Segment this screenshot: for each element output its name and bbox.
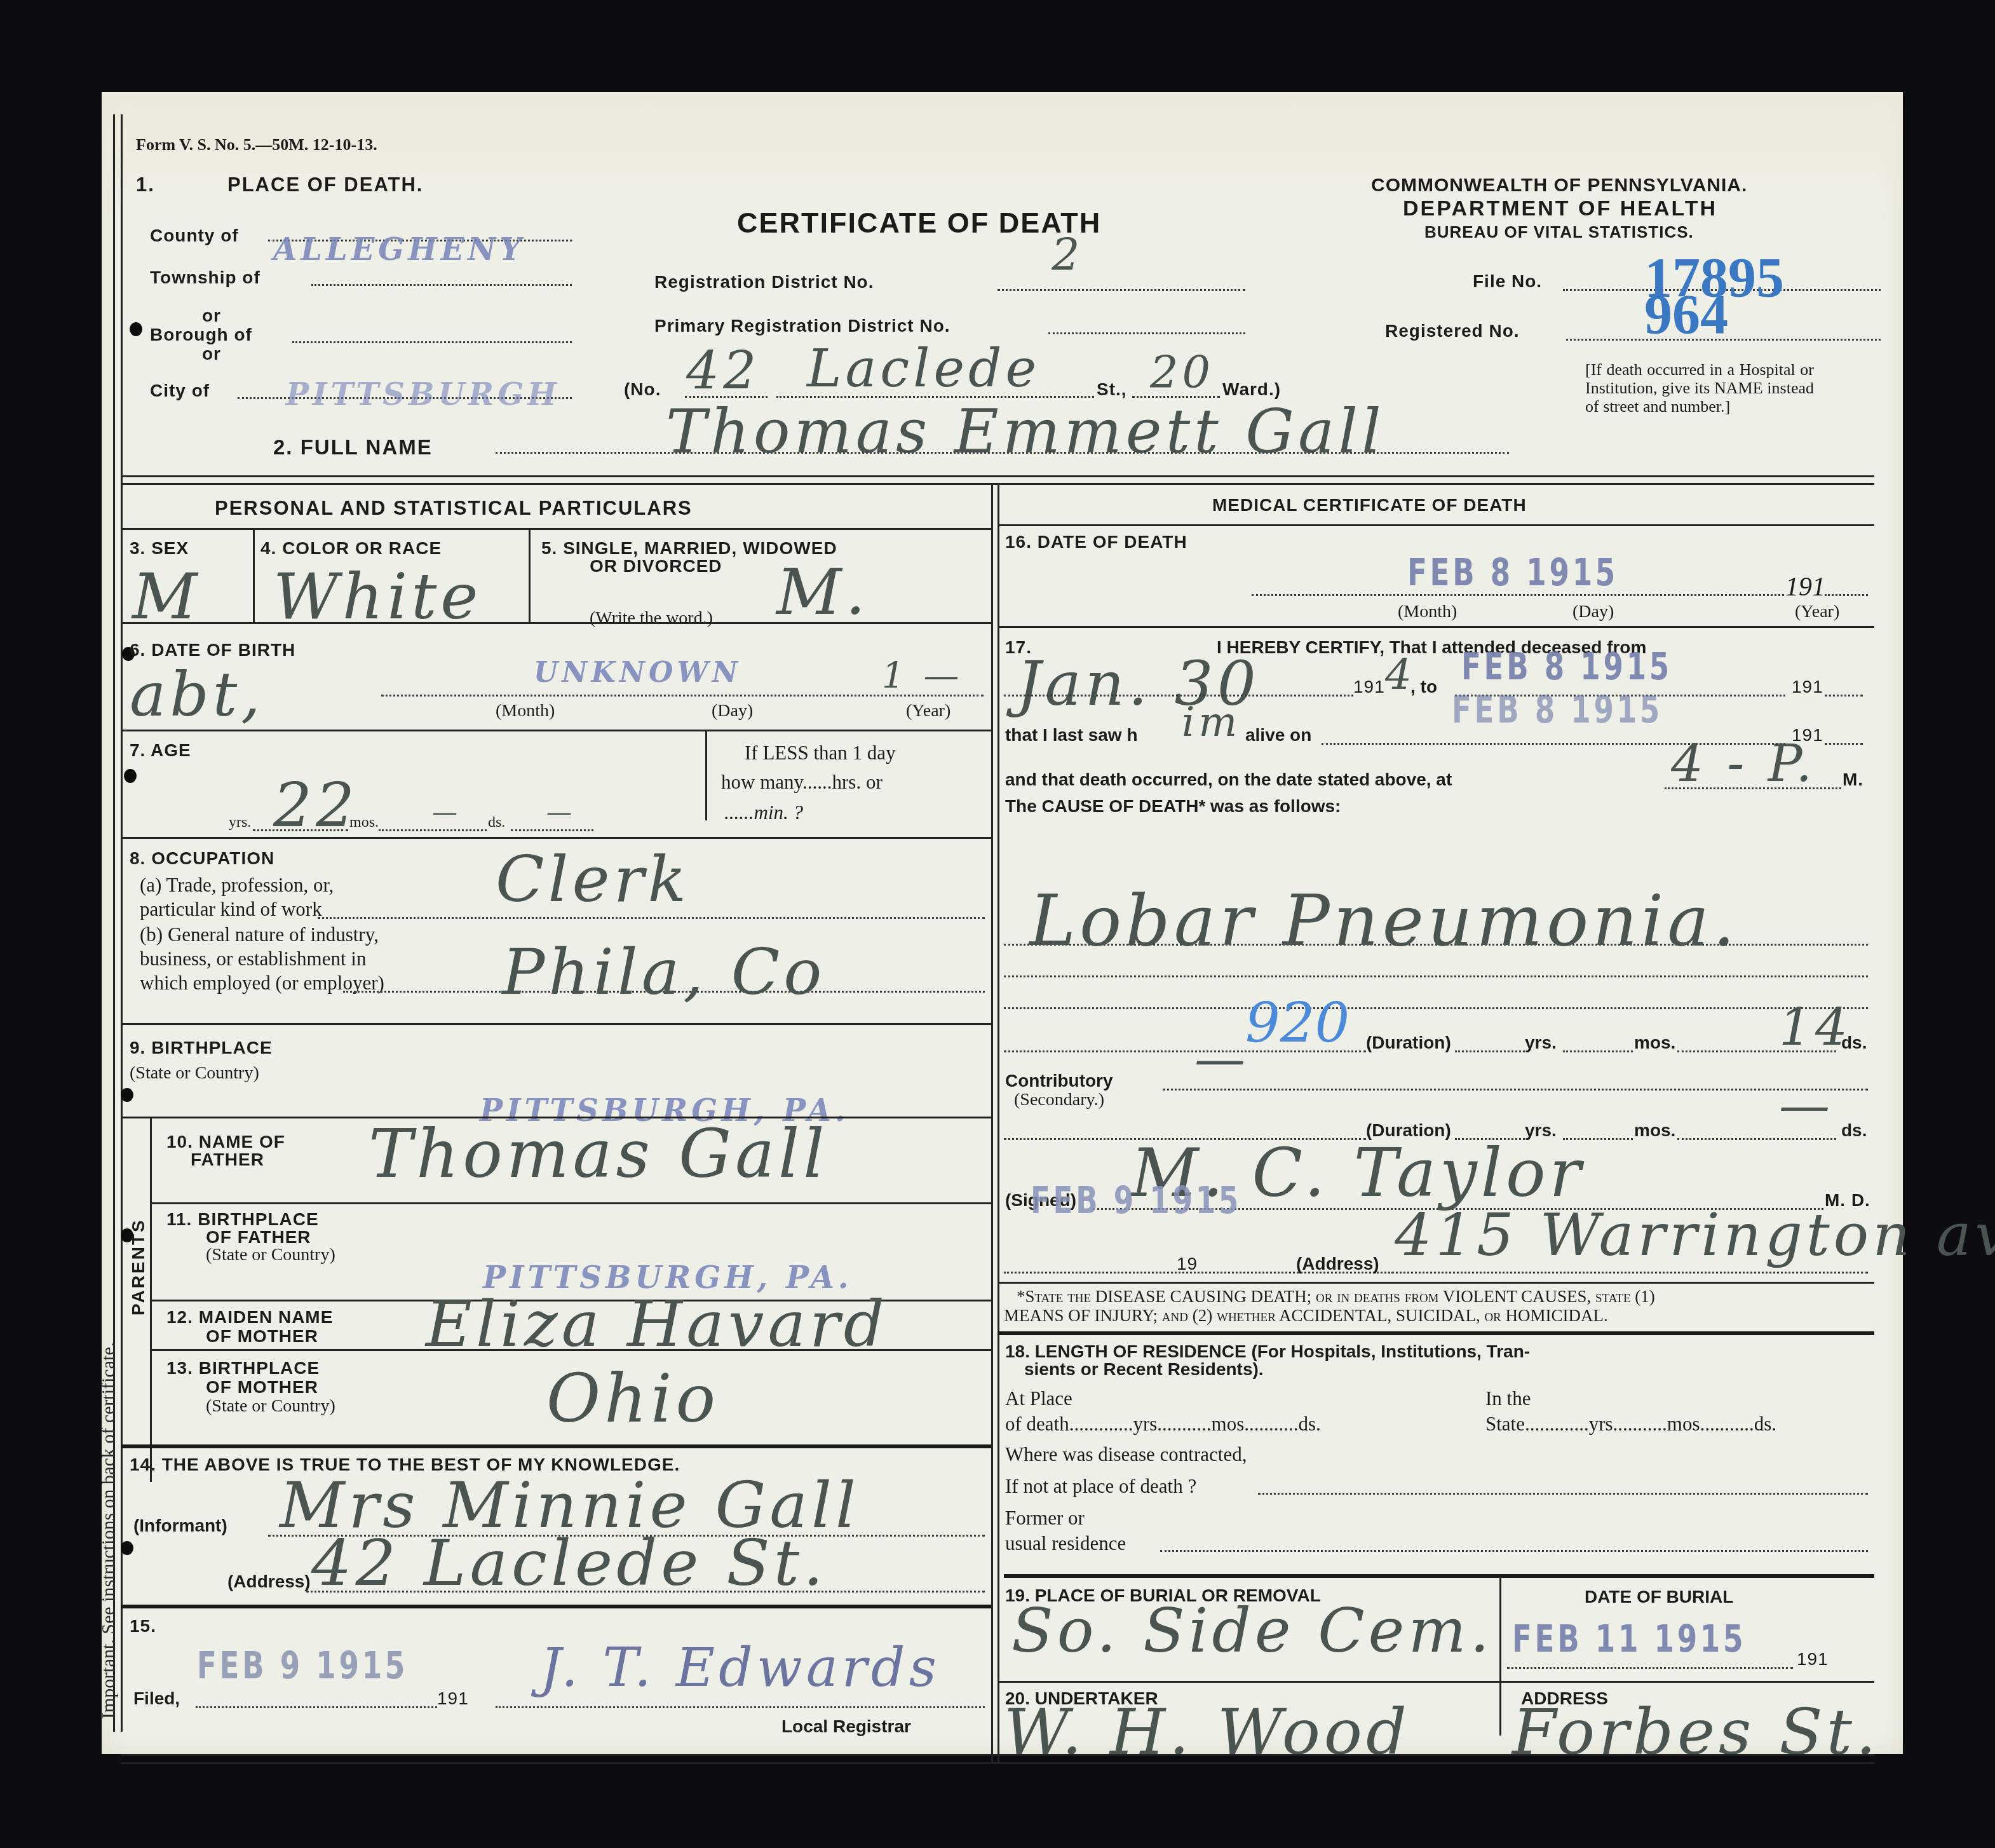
birthplace-hint: (State or Country) [130, 1063, 259, 1084]
rule [705, 731, 707, 820]
duration-yrs-field[interactable] [1455, 1050, 1525, 1052]
city-value: PITTSBURGH [286, 377, 560, 412]
registrar-signature: J. T. Edwards [540, 1636, 940, 1699]
sex-label: 3. SEX [130, 538, 189, 559]
dod-year-caption: (Year) [1795, 602, 1839, 622]
rule [997, 1681, 1874, 1683]
to-label: , to [1410, 677, 1437, 697]
employer-value: Phila, Co [502, 935, 826, 1009]
age-mos-field[interactable] [379, 829, 487, 831]
dob-stamp: UNKNOWN [534, 656, 741, 689]
age-ds-value: — [546, 798, 576, 827]
duration-ds-value: 14 [1779, 998, 1851, 1057]
attended-to-stamp: FEB 8 1915 [1461, 645, 1672, 688]
former-residence-field[interactable] [1160, 1550, 1868, 1552]
mother-label-1: 12. MAIDEN NAME [166, 1307, 333, 1328]
file-no-label: File No. [1473, 271, 1542, 292]
rule [1004, 1574, 1874, 1578]
rule [997, 626, 1874, 628]
occupation-label: 8. OCCUPATION [130, 848, 274, 869]
death-time-label: and that death occurred, on the date sta… [1005, 770, 1452, 790]
cause-line-2[interactable] [1004, 975, 1868, 977]
street-no-label: (No. [624, 379, 661, 400]
duration-yrs-label: yrs. [1525, 1033, 1557, 1053]
rule [529, 528, 531, 622]
duration2-ds-field[interactable] [1677, 1138, 1836, 1140]
informant-address-label: (Address) [227, 1572, 311, 1592]
rule [997, 524, 1874, 526]
burial-date-field[interactable] [1507, 1667, 1793, 1669]
township-label: Township of [150, 268, 260, 288]
punch-hole [130, 322, 142, 336]
rule [121, 1605, 991, 1608]
cause-line-3[interactable] [1004, 1007, 1868, 1009]
county-value: ALLEGHENY [273, 232, 525, 268]
rule [253, 528, 255, 622]
dob-label: 6. DATE OF BIRTH [130, 640, 295, 660]
age-mos-label: mos. [349, 814, 379, 831]
dob-day-caption: (Day) [712, 701, 753, 721]
reg-district-label: Registration District No. [654, 272, 874, 292]
contributory-field[interactable] [1163, 1089, 1868, 1090]
dod-month-caption: (Month) [1398, 602, 1457, 622]
where-contracted-2: If not at place of death ? [1005, 1475, 1196, 1498]
rule [121, 528, 991, 530]
m-label: M. [1843, 770, 1863, 790]
footnote-1: *State the DISEASE CAUSING DEATH; or in … [1017, 1287, 1655, 1307]
occupation-a-1: (a) Trade, profession, or, [140, 874, 334, 897]
dod-stamp: FEB 8 1915 [1407, 551, 1618, 594]
marital-hint: (Write the word.) [590, 608, 713, 628]
registrar-field[interactable] [496, 1706, 985, 1708]
filing-number: 15. [130, 1616, 156, 1636]
ward-value: 20 [1150, 346, 1214, 398]
full-name-label: 2. FULL NAME [273, 435, 433, 459]
agency-line-3: BUREAU OF VITAL STATISTICS. [1424, 222, 1694, 242]
reg-district-value: 2 [1052, 229, 1084, 281]
duration2-mos-label: mos. [1634, 1120, 1675, 1141]
occupation-field[interactable] [318, 917, 985, 919]
mother-bp-label-1: 13. BIRTHPLACE [166, 1358, 320, 1378]
primary-reg-district-field[interactable] [1048, 332, 1245, 334]
street-value: Laclede [807, 339, 1040, 399]
less-than-day-1: If LESS than 1 day [745, 742, 896, 764]
in-state-1: In the [1485, 1387, 1531, 1410]
at-place-2: of death.............yrs...........mos..… [1005, 1413, 1321, 1436]
section-1-number: 1. [136, 173, 155, 196]
margin-note: Important. See instructions on back of c… [98, 1342, 119, 1719]
to-year-field[interactable] [1825, 695, 1863, 696]
occupation-a-2: particular kind of work [140, 898, 322, 921]
last-saw-year-field[interactable] [1825, 743, 1863, 745]
center-divider-left [991, 483, 993, 1763]
death-time-value: 4 - P. [1671, 734, 1816, 793]
signed-year-prefix: 19 [1177, 1254, 1198, 1274]
residence-label-2: sients or Recent Residents). [1024, 1359, 1264, 1380]
rule [121, 1444, 991, 1448]
rule [150, 1349, 991, 1351]
center-divider-right [997, 483, 999, 1763]
hospital-note: [If death occurred in a Hospital or Inst… [1585, 360, 1814, 416]
filed-label: Filed, [133, 1688, 180, 1709]
dob-prefix: abt, [130, 659, 264, 730]
registered-no-value: 964 [1644, 283, 1728, 347]
reg-district-field[interactable] [997, 289, 1245, 291]
rule [121, 730, 991, 731]
father-value: Thomas Gall [369, 1115, 828, 1193]
former-residence-1: Former or [1005, 1507, 1085, 1530]
age-yrs-label: yrs. [229, 814, 251, 831]
dod-label: 16. DATE OF DEATH [1005, 532, 1187, 552]
county-label: County of [150, 226, 239, 246]
medical-section-title: MEDICAL CERTIFICATE OF DEATH [1212, 495, 1527, 515]
informant-address-value: 42 Laclede St. [311, 1526, 827, 1600]
primary-reg-district-label: Primary Registration District No. [654, 316, 950, 336]
death-certificate: Important. See instructions on back of c… [102, 92, 1903, 1754]
age-mos-value: — [432, 798, 461, 827]
duration-mos-field[interactable] [1563, 1050, 1633, 1052]
in-state-2: State.............yrs...........mos.....… [1485, 1413, 1776, 1436]
personal-section-title: PERSONAL AND STATISTICAL PARTICULARS [215, 497, 693, 520]
age-ds-field[interactable] [511, 829, 593, 831]
header-rule-top [121, 475, 1874, 477]
duration-cause-field[interactable] [1004, 1050, 1366, 1052]
rule [121, 837, 991, 839]
parents-side-label: PARENTS [128, 1218, 149, 1315]
agency-line-1: COMMONWEALTH OF PENNSYLVANIA. [1371, 175, 1747, 196]
borough-label: Borough of [150, 325, 252, 345]
last-saw-stamp: FEB 8 1915 [1452, 688, 1663, 731]
contributory-label: Contributory [1005, 1071, 1113, 1091]
age-ds-label: ds. [488, 814, 505, 831]
form-id: Form V. S. No. 5.—50M. 12-10-13. [136, 135, 377, 154]
race-label: 4. COLOR OR RACE [260, 538, 442, 559]
duration-label: (Duration) [1366, 1033, 1451, 1053]
attended-from-field[interactable] [1004, 695, 1353, 696]
filed-field[interactable] [196, 1706, 437, 1708]
signed-stamp: FEB 9 1915 [1031, 1179, 1241, 1222]
last-saw-pronoun: im [1182, 699, 1241, 746]
city-label: City of [150, 381, 210, 401]
punch-hole [121, 1541, 133, 1555]
marital-label-2: OR DIVORCED [590, 556, 722, 576]
rule [121, 1023, 991, 1025]
agency-line-2: DEPARTMENT OF HEALTH [1403, 196, 1717, 221]
left-margin-line-inner [121, 114, 123, 1732]
punch-hole [124, 769, 137, 783]
age-yrs-value: 22 [273, 770, 358, 841]
father-bp-hint: (State or Country) [206, 1245, 335, 1265]
contributory-value: — [1194, 1029, 1249, 1089]
dod-field[interactable] [1252, 594, 1784, 596]
burial-date-label: DATE OF BURIAL [1585, 1587, 1733, 1607]
dod-year-prefix: 191 [1785, 572, 1825, 602]
last-saw-label: that I last saw h [1005, 725, 1138, 745]
cause-value: Lobar Pneumonia. [1029, 880, 1739, 961]
duration2-ds-value: — [1779, 1076, 1834, 1135]
former-residence-2: usual residence [1005, 1532, 1126, 1555]
rule [121, 622, 991, 624]
less-than-day-3: ......min. ? [724, 801, 803, 824]
secondary-label: (Secondary.) [1014, 1090, 1104, 1110]
punch-hole [121, 1088, 133, 1102]
where-contracted-1: Where was disease contracted, [1005, 1443, 1247, 1466]
marital-value: M. [776, 555, 869, 629]
registrar-label: Local Registrar [781, 1716, 911, 1737]
rule [997, 1282, 1874, 1284]
or-label: or [202, 344, 221, 364]
dob-year-caption: (Year) [906, 701, 950, 721]
filed-year-prefix: 191 [437, 1688, 469, 1709]
informant-label: (Informant) [133, 1516, 227, 1536]
father-label-2: FATHER [191, 1150, 264, 1170]
duration-ds-label: ds. [1841, 1033, 1867, 1053]
mother-bp-label-2: OF MOTHER [206, 1377, 318, 1397]
duration2-ds-label: ds. [1841, 1120, 1867, 1141]
at-place-1: At Place [1005, 1387, 1072, 1410]
alive-on-label: alive on [1245, 725, 1311, 745]
occupation-b-1: (b) General nature of industry, [140, 923, 379, 946]
occupation-value: Clerk [496, 842, 690, 916]
birthplace-label: 9. BIRTHPLACE [130, 1038, 273, 1058]
street-no-value: 42 [686, 341, 760, 402]
physician-address-value: 415 Warrington ave. [1395, 1201, 1995, 1269]
dob-month-caption: (Month) [496, 701, 555, 721]
footer-rule-bottom [121, 1762, 1874, 1764]
to-year-prefix: 191 [1792, 677, 1823, 697]
mother-bp-hint: (State or Country) [206, 1396, 335, 1417]
filed-stamp: FEB 9 1915 [197, 1644, 408, 1687]
rule [150, 1202, 991, 1204]
place-of-death-title: PLACE OF DEATH. [227, 173, 423, 196]
full-name-value: Thomas Emmett Gall [666, 396, 1385, 467]
undertaker-address-value: Forbes St. [1512, 1695, 1880, 1769]
certificate-title: CERTIFICATE OF DEATH [737, 207, 1101, 240]
less-than-day-2: how many......hrs. or [721, 771, 883, 794]
dob-year: 1 — [882, 655, 963, 696]
mother-label-2: OF MOTHER [206, 1326, 318, 1347]
physician-address-label: (Address) [1296, 1254, 1379, 1274]
borough-field[interactable] [292, 341, 572, 343]
undertaker-value: W. H. Wood [1004, 1695, 1410, 1769]
burial-place-value: So. Side Cem. [1011, 1595, 1493, 1666]
age-label: 7. AGE [130, 740, 191, 761]
where-contracted-field[interactable] [1258, 1493, 1868, 1495]
cause-label: The CAUSE OF DEATH* was as follows: [1005, 796, 1341, 817]
duration-mos-label: mos. [1634, 1033, 1675, 1053]
rule [1499, 1577, 1501, 1736]
physician-address-field[interactable] [1391, 1272, 1868, 1274]
dod-day-caption: (Day) [1572, 602, 1614, 622]
from-year-prefix: 191 [1353, 677, 1385, 697]
township-field[interactable] [311, 284, 572, 286]
burial-year-prefix: 191 [1797, 1649, 1829, 1669]
burial-date-stamp: FEB 11 1915 [1512, 1617, 1746, 1661]
mother-bp-value: Ohio [546, 1360, 719, 1437]
occupation-b-2: business, or establishment in [140, 948, 366, 970]
cause-code: 920 [1245, 991, 1349, 1055]
dod-year-field[interactable] [1825, 594, 1868, 596]
or-label: or [202, 306, 221, 326]
rule [997, 1331, 1874, 1335]
registered-no-label: Registered No. [1385, 321, 1520, 341]
footer-rule-top [121, 1754, 1874, 1756]
footnote-2: MEANS OF INJURY; and (2) whether ACCIDEN… [1004, 1306, 1608, 1326]
